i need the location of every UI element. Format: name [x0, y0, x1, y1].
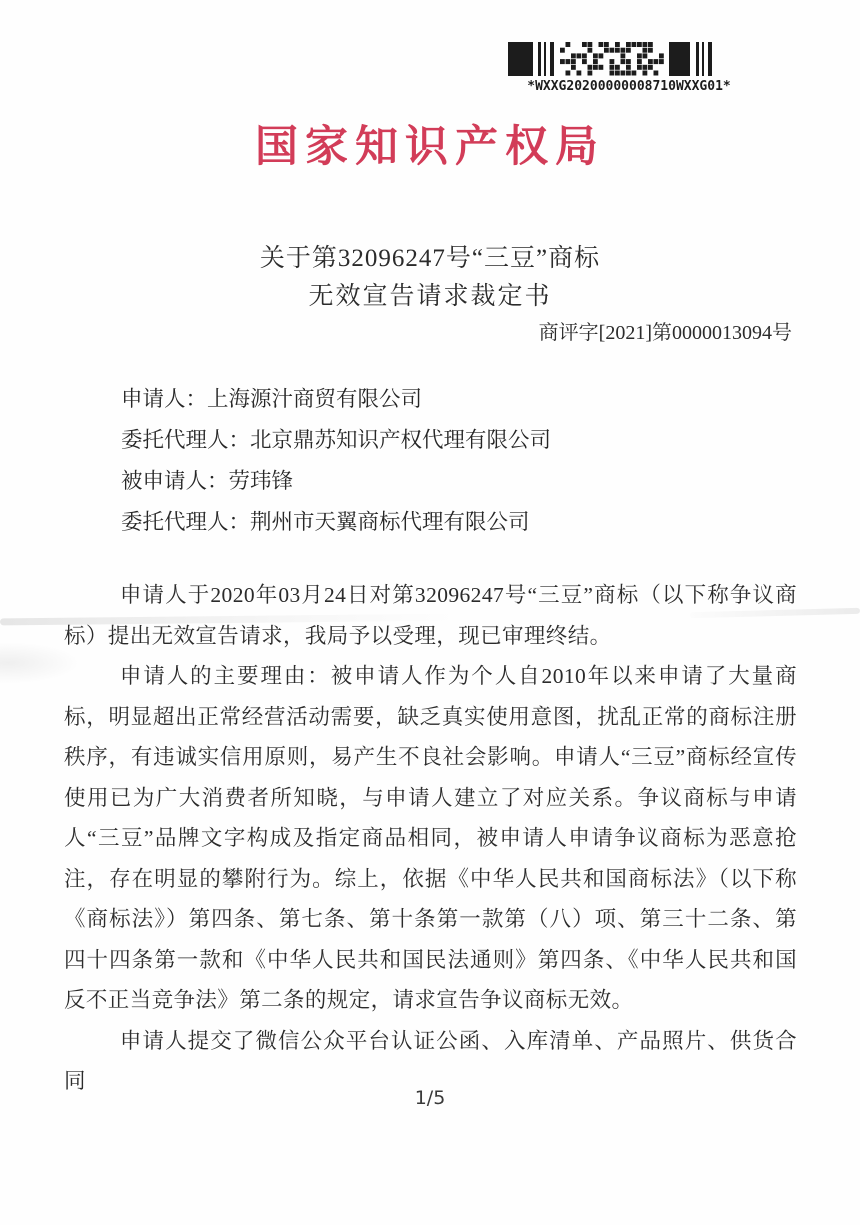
party-applicant-agent: 委托代理人：北京鼎苏知识产权代理有限公司	[121, 420, 801, 461]
doc-title-line1: 关于第32096247号“三豆”商标	[0, 238, 860, 274]
page-number: 1/5	[0, 1087, 860, 1109]
body-text-block: 申请人于2020年03月24日对第32096247号“三豆”商标（以下称争议商标…	[64, 575, 797, 1102]
party-respondent-agent: 委托代理人：荆州市天翼商标代理有限公司	[121, 502, 801, 543]
agency-title: 国家知识产权局	[0, 113, 860, 174]
parties-block: 申请人：上海源汁商贸有限公司 委托代理人：北京鼎苏知识产权代理有限公司 被申请人…	[121, 379, 801, 543]
barcode-block: *WXXG20200000008710WXXG01*	[503, 40, 755, 94]
party-applicant: 申请人：上海源汁商贸有限公司	[121, 379, 801, 420]
document-page: *WXXG20200000008710WXXG01* 国家知识产权局 关于第32…	[0, 0, 860, 1225]
doc-title-line2: 无效宣告请求裁定书	[0, 276, 860, 312]
body-paragraph-1: 申请人于2020年03月24日对第32096247号“三豆”商标（以下称争议商标…	[64, 575, 797, 656]
barcode-text: *WXXG20200000008710WXXG01*	[503, 79, 755, 94]
party-respondent: 被申请人：劳玮锋	[121, 461, 801, 502]
barcode-icon	[505, 40, 717, 78]
doc-case-number: 商评字[2021]第0000013094号	[64, 316, 792, 345]
body-paragraph-2: 申请人的主要理由：被申请人作为个人自2010年以来申请了大量商标，明显超出正常经…	[64, 656, 797, 1021]
